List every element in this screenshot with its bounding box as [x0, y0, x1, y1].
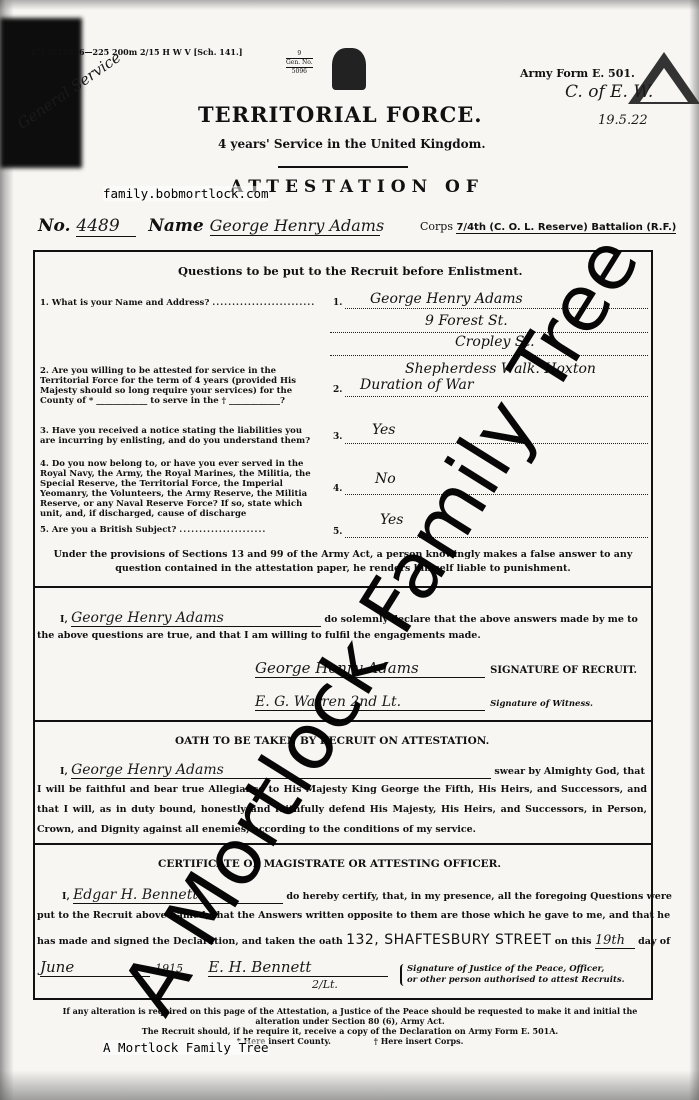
question-number: 5. — [40, 525, 49, 535]
answer-4-num: 4. — [333, 484, 342, 494]
certificate-line-1: I, Edgar H. Bennett do hereby certify, t… — [62, 887, 672, 904]
print-code: 47) W12876—225 200m 2/15 H W V [Sch. 141… — [30, 47, 243, 57]
website-watermark[interactable]: family.bobmortlock.com — [103, 186, 269, 201]
section-divider — [33, 843, 653, 845]
certificate-text-3b: on this — [555, 936, 592, 947]
certificate-text-3c: day of — [638, 936, 670, 947]
answer-5-num: 5. — [333, 527, 342, 537]
gen-no-top: 9 — [286, 50, 313, 58]
annotation-cofe: C. of E. W. — [565, 82, 653, 102]
answer-1-line-1: George Henry Adams — [370, 291, 523, 307]
question-text: Do you now belong to, or have you ever s… — [40, 459, 311, 519]
army-form-number: Army Form E. 501. — [520, 67, 635, 80]
corps-label: Corps — [420, 220, 453, 233]
record-line: No. 4489 Name George Henry Adams — [38, 216, 380, 237]
question-text: Have you received a notice stating the l… — [40, 426, 310, 446]
question-number: 1. — [40, 298, 49, 308]
no-label: No. — [38, 216, 71, 236]
witness-signature-label: Signature of Witness. — [490, 699, 593, 709]
answer-3-num: 3. — [333, 432, 342, 442]
question-text: Are you a British Subject? — [52, 525, 176, 535]
question-number: 3. — [40, 426, 49, 436]
false-answer-warning: Under the provisions of Sections 13 and … — [38, 548, 648, 576]
officer-initials: 2/Lt. — [312, 978, 338, 991]
questions-heading: Questions to be put to the Recruit befor… — [178, 264, 523, 278]
scan-edge-bottom — [0, 1070, 699, 1100]
oath-text-1: swear by Almighty God, that — [494, 766, 644, 777]
answer-1-line-2: 9 Forest St. — [425, 313, 508, 329]
declaration-name: George Henry Adams — [71, 610, 321, 627]
certificate-day: 19th — [595, 933, 635, 949]
address-stamp: 132, SHAFTESBURY STREET — [346, 932, 551, 948]
question-5: 5. Are you a British Subject? ..........… — [40, 525, 315, 535]
question-4: 4. Do you now belong to, or have you eve… — [40, 459, 315, 519]
footer-watermark: A Mortlock Family Tree — [103, 1040, 269, 1055]
certificate-prefix: I, — [62, 891, 70, 902]
question-1: 1. What is your Name and Address? ......… — [40, 298, 315, 308]
answer-1-num: 1. — [333, 298, 342, 308]
question-text: Are you willing to be attested for servi… — [40, 366, 296, 406]
answer-2: Duration of War — [360, 377, 474, 393]
no-value: 4489 — [76, 216, 136, 237]
question-text: What is your Name and Address? — [52, 298, 209, 308]
answer-4: No — [375, 471, 396, 487]
oath-body: I will be faithful and bear true Allegia… — [37, 780, 647, 840]
question-number: 2. — [40, 366, 49, 376]
footnote-corps: † Here insert Corps. — [374, 1036, 464, 1046]
annotation-date: 19.5.22 — [598, 113, 648, 128]
title-rule — [278, 166, 408, 168]
footnote-2: alteration under Section 80 (6), Army Ac… — [40, 1016, 660, 1026]
corps-value: 7/4th (C. O. L. Reserve) Battalion (R.F.… — [456, 222, 676, 234]
footnote-3: The Recruit should, if he require it, re… — [40, 1026, 660, 1036]
officer-signature: E. H. Bennett — [208, 958, 388, 977]
gen-no-label: Gen. No. — [286, 58, 313, 68]
corps-line: Corps 7/4th (C. O. L. Reserve) Battalion… — [420, 220, 676, 234]
royal-crest-icon — [332, 48, 366, 90]
oath-prefix: I, — [60, 766, 68, 777]
document-title: TERRITORIAL FORCE. — [198, 102, 483, 127]
answer-2-num: 2. — [333, 385, 342, 395]
recruit-signature-label: SIGNATURE OF RECRUIT. — [490, 665, 637, 676]
scan-edge-top — [0, 0, 699, 10]
officer-signature-label-1: Signature of Justice of the Peace, Offic… — [407, 964, 625, 975]
officer-signature-label: Signature of Justice of the Peace, Offic… — [400, 964, 625, 986]
section-divider — [33, 586, 653, 588]
scan-edge-right — [689, 0, 699, 1100]
oath-line-1: I, George Henry Adams swear by Almighty … — [60, 762, 645, 779]
declaration-prefix: I, — [60, 614, 68, 625]
attestation-document: 47) W12876—225 200m 2/15 H W V [Sch. 141… — [0, 0, 699, 1100]
certificate-line-2: put to the Recruit above named, that the… — [37, 910, 670, 921]
question-3: 3. Have you received a notice stating th… — [40, 426, 315, 446]
gen-no-value: 5096 — [286, 68, 313, 76]
document-subtitle: 4 years' Service in the United Kingdom. — [218, 137, 486, 151]
question-2: 2. Are you willing to be attested for se… — [40, 366, 315, 406]
gen-no: 9 Gen. No. 5096 — [286, 50, 313, 76]
certificate-text-1: do hereby certify, that, in my presence,… — [286, 891, 671, 902]
answer-3: Yes — [372, 422, 396, 438]
footnote-1: If any alteration is required on this pa… — [40, 1006, 660, 1016]
question-number: 4. — [40, 459, 49, 469]
officer-signature-label-2: or other person authorised to attest Rec… — [407, 975, 625, 986]
name-value: George Henry Adams — [210, 216, 380, 236]
name-label: Name — [148, 216, 203, 236]
